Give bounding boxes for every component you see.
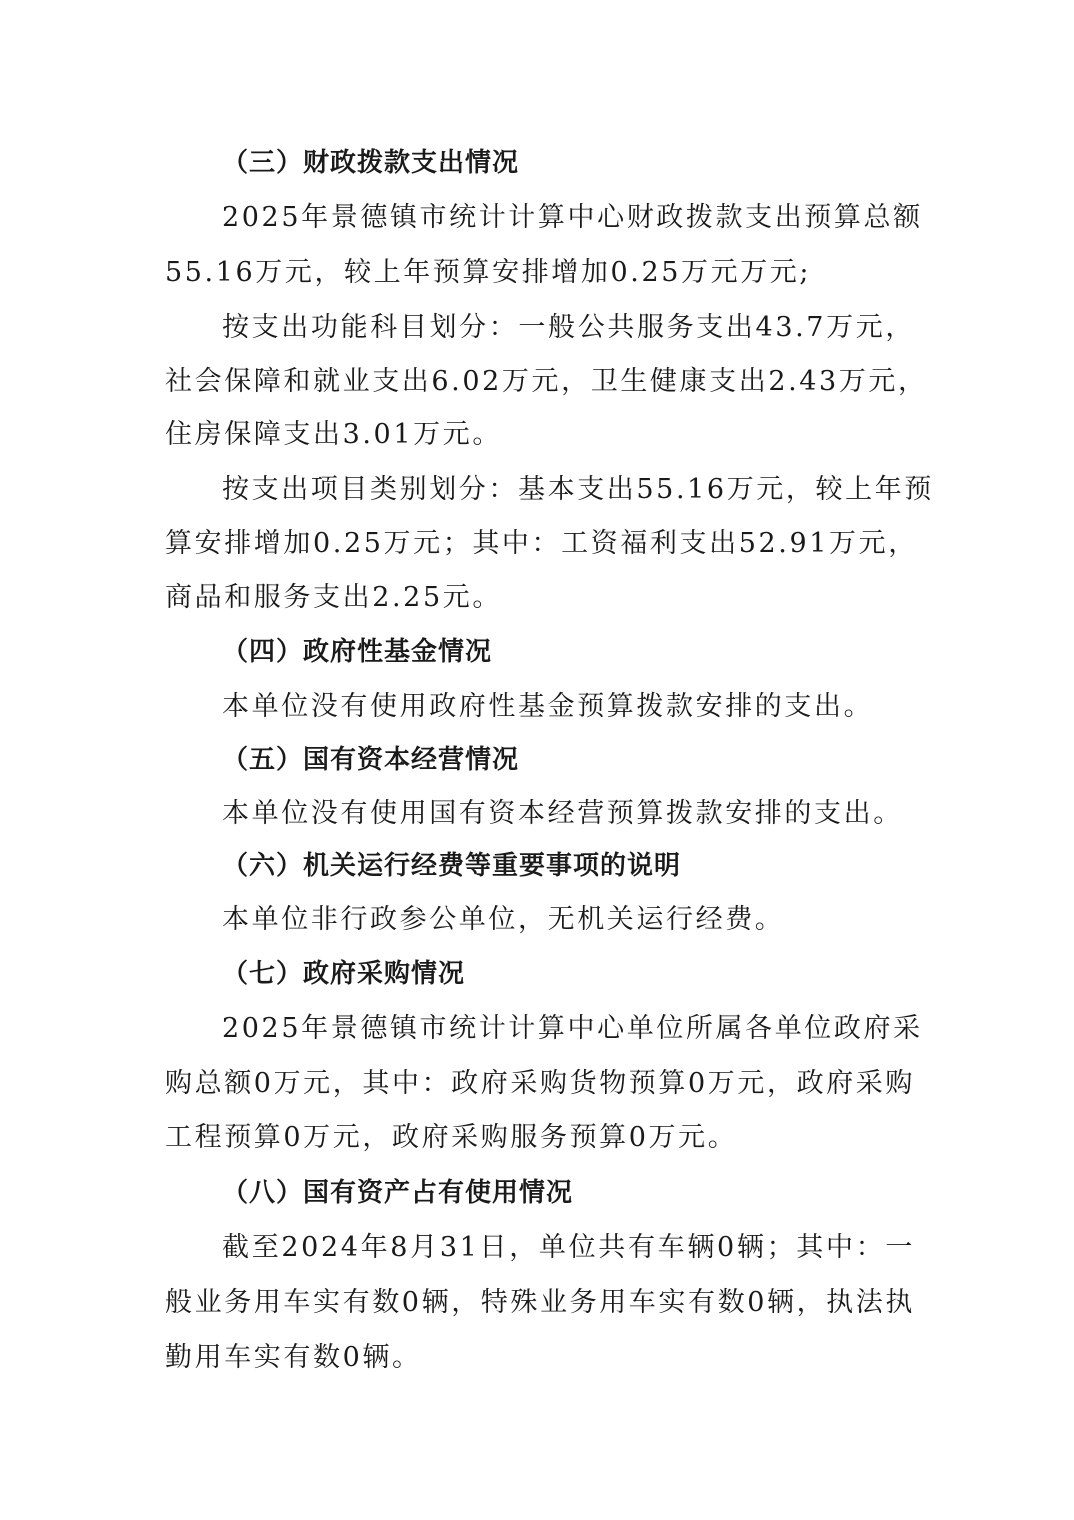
paragraph-line: 截至2024年8月31日，单位共有车辆0辆；其中：一 — [222, 1228, 915, 1268]
paragraph-line: 社会保障和就业支出6.02万元，卫生健康支出2.43万元， — [165, 362, 915, 402]
section-heading-6: （六）机关运行经费等重要事项的说明 — [222, 846, 915, 886]
paragraph-line: 住房保障支出3.01万元。 — [165, 415, 915, 455]
section-heading-4: （四）政府性基金情况 — [222, 632, 915, 672]
paragraph-line: 按支出项目类别划分：基本支出55.16万元，较上年预 — [222, 470, 915, 510]
paragraph-line: 本单位非行政参公单位，无机关运行经费。 — [222, 900, 915, 940]
paragraph-line: 2025年景德镇市统计计算中心单位所属各单位政府采 — [222, 1009, 915, 1049]
paragraph-line: 勤用车实有数0辆。 — [165, 1338, 915, 1378]
paragraph-line: 本单位没有使用国有资本经营预算拨款安排的支出。 — [222, 794, 915, 834]
section-heading-8: （八）国有资产占有使用情况 — [222, 1173, 915, 1213]
paragraph-line: 工程预算0万元，政府采购服务预算0万元。 — [165, 1118, 915, 1158]
paragraph-line: 按支出功能科目划分：一般公共服务支出43.7万元， — [222, 308, 915, 348]
paragraph-line: 算安排增加0.25万元；其中：工资福利支出52.91万元， — [165, 524, 915, 564]
section-heading-7: （七）政府采购情况 — [222, 954, 915, 994]
document-page: （三）财政拨款支出情况 2025年景德镇市统计计算中心财政拨款支出预算总额 55… — [0, 0, 1074, 1520]
paragraph-line: 55.16万元，较上年预算安排增加0.25万元万元; — [165, 253, 915, 293]
paragraph-line: 购总额0万元，其中：政府采购货物预算0万元，政府采购 — [165, 1064, 915, 1104]
paragraph-line: 2025年景德镇市统计计算中心财政拨款支出预算总额 — [222, 198, 915, 238]
paragraph-line: 般业务用车实有数0辆，特殊业务用车实有数0辆，执法执 — [165, 1283, 915, 1323]
paragraph-line: 本单位没有使用政府性基金预算拨款安排的支出。 — [222, 687, 915, 727]
paragraph-line: 商品和服务支出2.25元。 — [165, 578, 915, 618]
section-heading-5: （五）国有资本经营情况 — [222, 740, 915, 780]
section-heading-3: （三）财政拨款支出情况 — [222, 143, 915, 183]
